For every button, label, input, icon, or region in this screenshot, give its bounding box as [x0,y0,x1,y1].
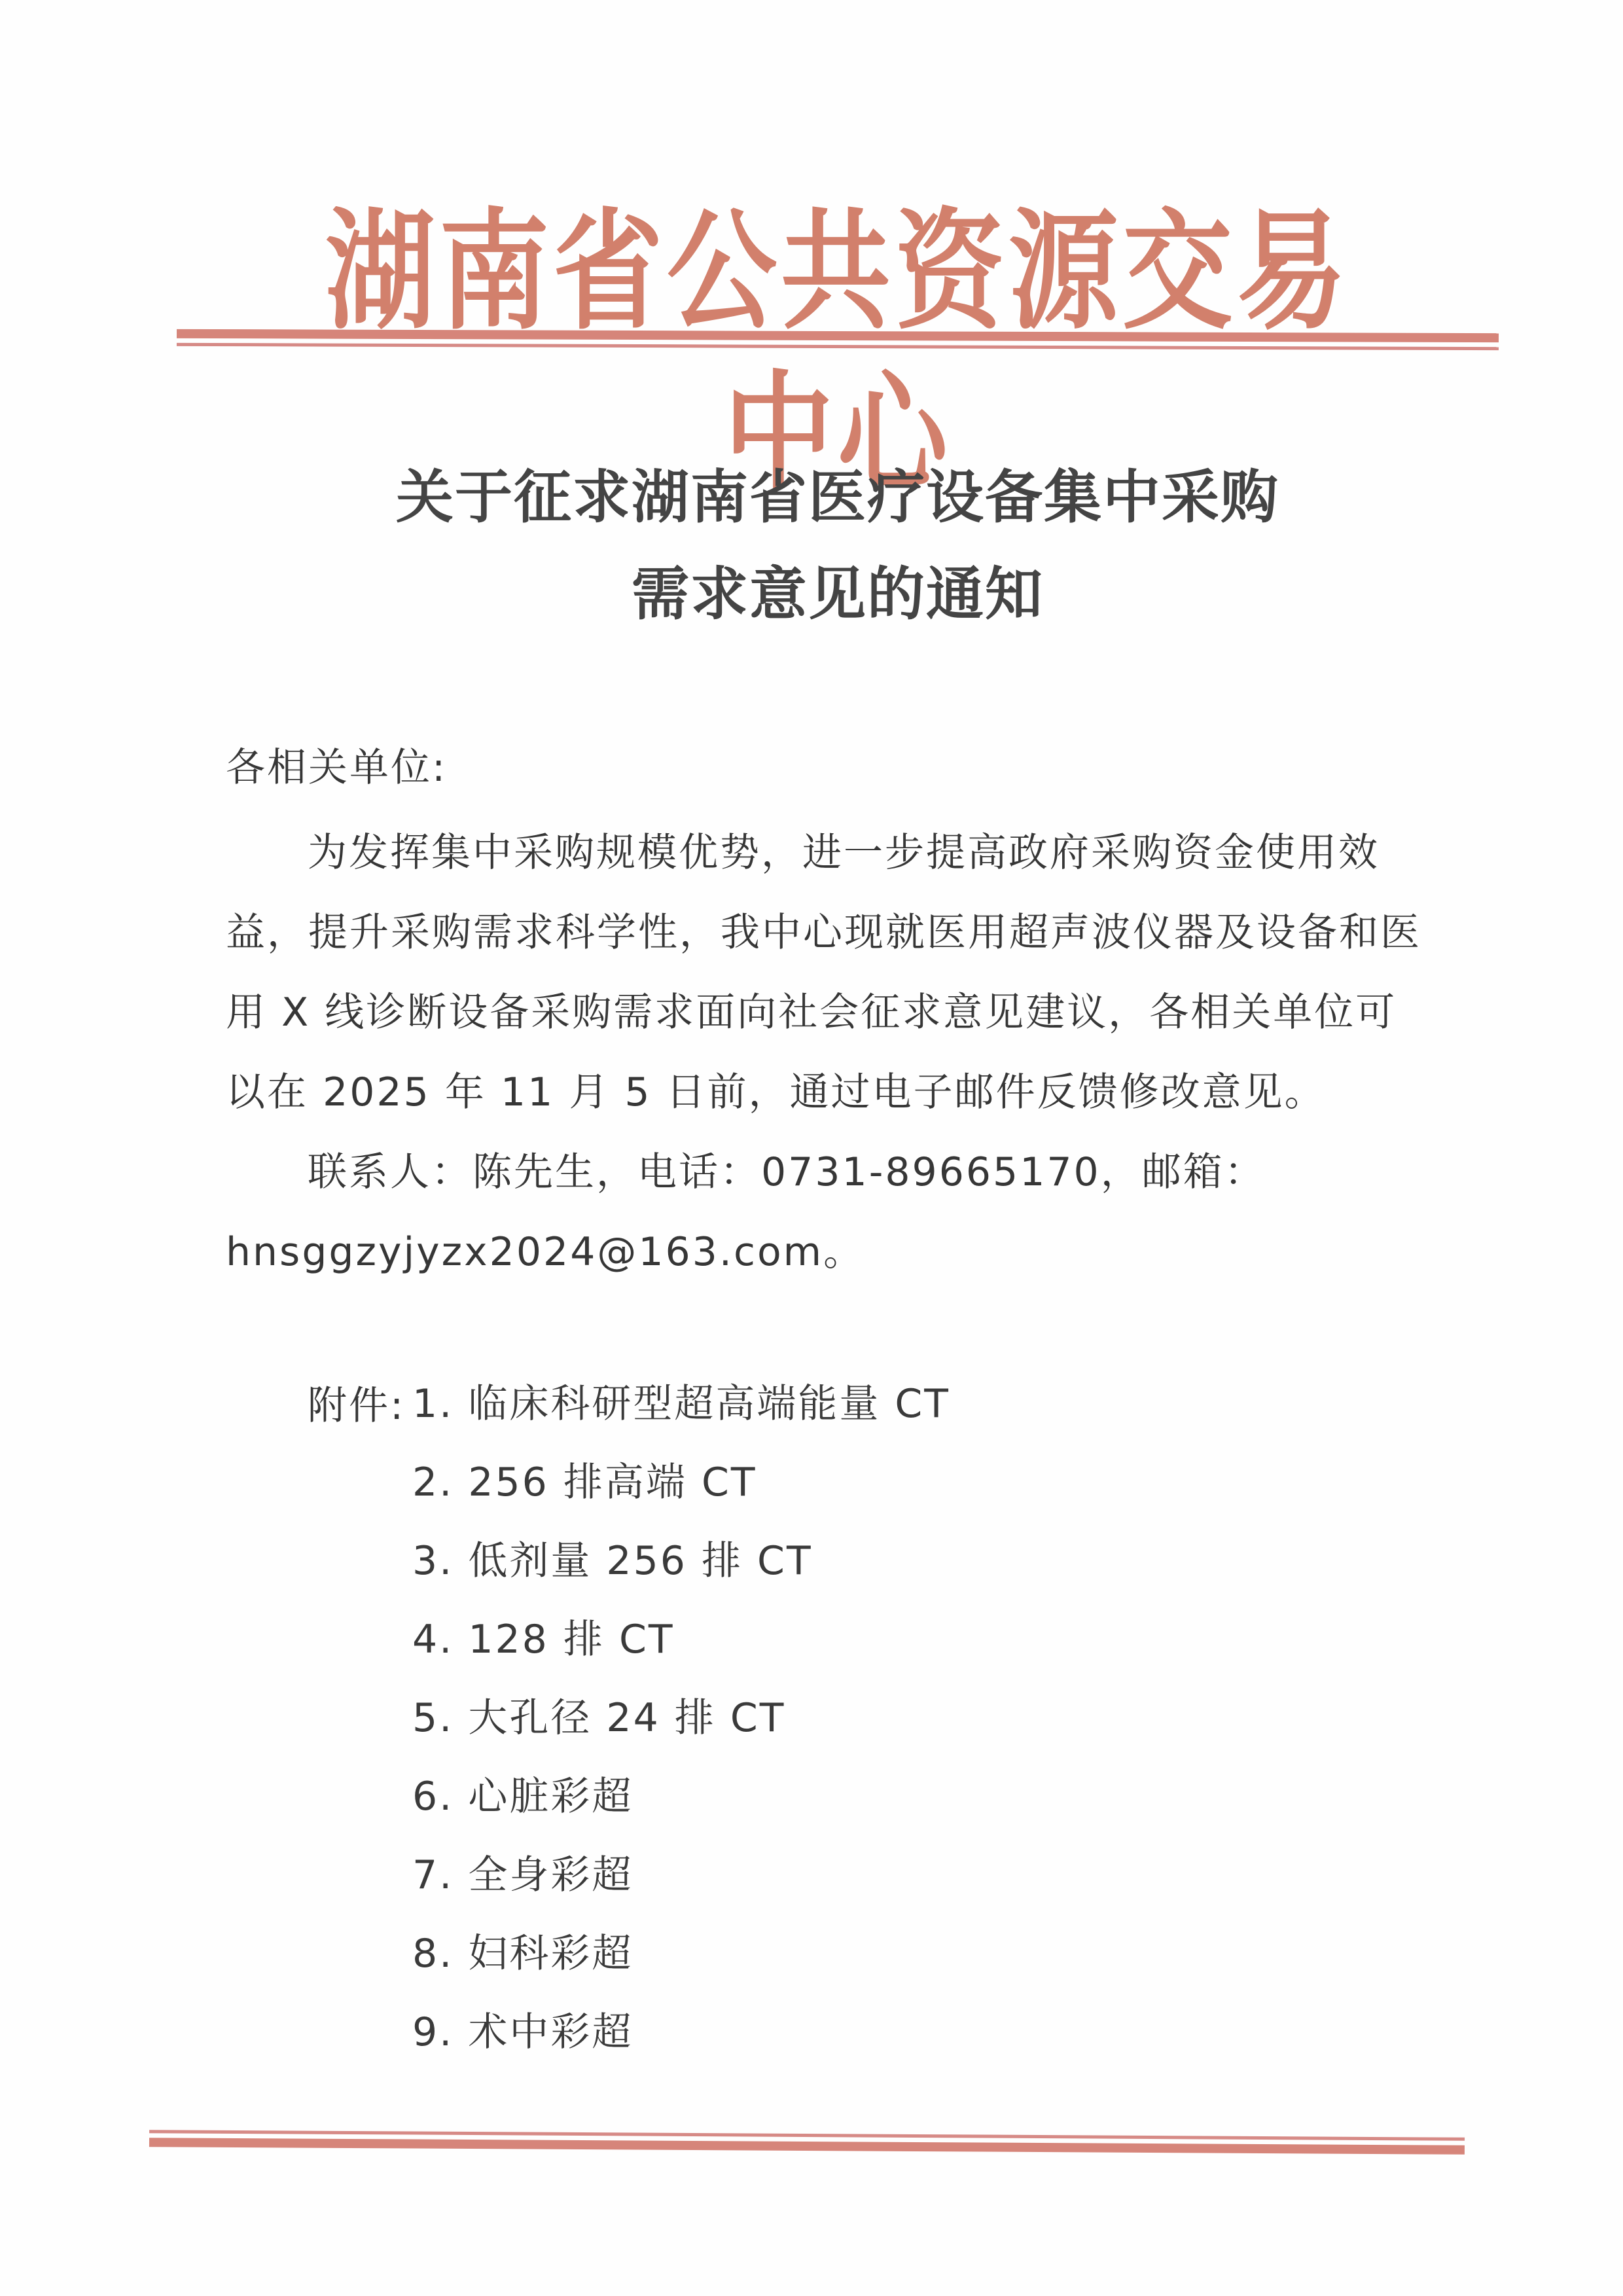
footer-divider [149,2130,1465,2155]
body-paragraph-contact: 联系人：陈先生，电话：0731-89665170，邮箱：hnsggzyjyzx2… [226,1132,1436,1292]
attachment-item: 2. 256 排高端 CT [412,1453,950,1532]
attachment-item: 7. 全身彩超 [412,1846,950,1924]
attachment-item: 6. 心脏彩超 [412,1767,950,1846]
attachments-list: 1. 临床科研型超高端能量 CT 2. 256 排高端 CT 3. 低剂量 25… [412,1374,950,2081]
attachment-item: 4. 128 排 CT [412,1610,950,1689]
salutation: 各相关单位: [226,736,447,793]
document-page: 湖南省公共资源交易中心 关于征求湖南省医疗设备集中采购 需求意见的通知 各相关单… [0,0,1623,2296]
attachment-item: 5. 大孔径 24 排 CT [412,1689,950,1767]
attachment-item: 3. 低剂量 256 排 CT [412,1532,950,1610]
attachments-label: 附件: [308,1374,405,1431]
document-title-line-2: 需求意见的通知 [262,548,1414,631]
attachment-item: 1. 临床科研型超高端能量 CT [412,1374,950,1453]
paragraph-text: 为发挥集中采购规模优势，进一步提高政府采购资金使用效益，提升采购需求科学性，我中… [226,830,1421,1115]
document-title-line-1: 关于征求湖南省医疗设备集中采购 [262,452,1414,534]
attachment-item: 9. 术中彩超 [412,2003,950,2081]
attachment-item: 8. 妇科彩超 [412,1924,950,2003]
body-paragraph-main: 为发挥集中采购规模优势，进一步提高政府采购资金使用效益，提升采购需求科学性，我中… [226,813,1436,1132]
contact-text: 联系人：陈先生，电话：0731-89665170，邮箱：hnsggzyjyzx2… [226,1149,1266,1275]
